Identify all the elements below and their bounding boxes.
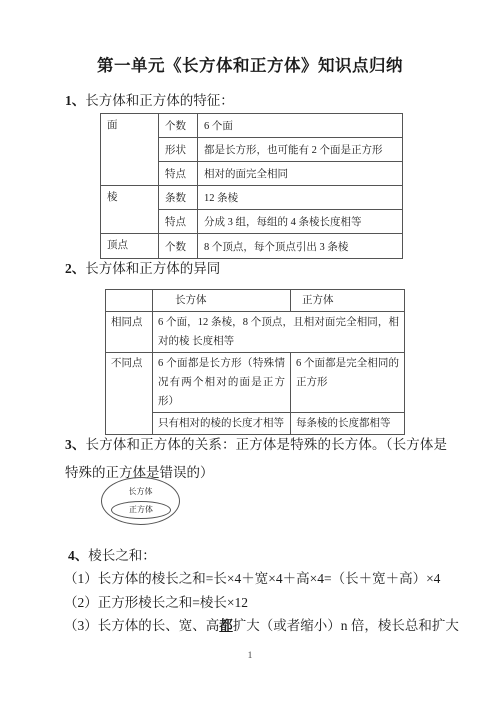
section1-heading-text: 长方体和正方体的特征：: [85, 93, 234, 108]
formula-cube-edge-sum: （2）正方形棱长之和=棱长×12: [64, 591, 248, 611]
row-label-cell: 相同点: [106, 312, 153, 353]
attr-cell: 形状: [159, 138, 198, 162]
difference-cuboid-cell: 6 个面都是长方形（特殊情况有两个相对的面是正方形）: [153, 353, 291, 413]
table-row: 棱 条数 12 条棱: [101, 186, 403, 210]
formula-scaling-suffix: 扩大（或者缩小）n 倍，棱长总和扩大: [233, 618, 459, 633]
section2-heading-text: 长方体和正方体的异同: [85, 261, 220, 276]
table-row: 面 个数 6 个面: [101, 114, 403, 138]
features-table: 面 个数 6 个面 形状 都是长方形，也可能有 2 个面是正方形 特点 相对的面…: [100, 113, 403, 259]
row-group-label-cell: 顶点: [101, 234, 159, 259]
attr-cell: 个数: [159, 114, 198, 138]
formula-scaling-prefix: （3）长方体的长、宽、高: [64, 618, 219, 633]
comparison-table: 长方体 正方体 相同点 6 个面，12 条棱，8 个顶点，且相对面完全相同，相对…: [105, 289, 405, 435]
section2-number: 2、: [65, 261, 85, 276]
venn-diagram: 长方体 正方体: [101, 477, 181, 527]
section4-number: 4、: [68, 548, 88, 563]
row-label-cell: 不同点: [106, 353, 153, 435]
section1-number: 1、: [65, 93, 85, 108]
empty-corner-cell: [106, 290, 153, 312]
attr-cell: 特点: [159, 210, 198, 234]
section4-heading-text: 棱长之和：: [88, 548, 156, 563]
section3-text: 长方体和正方体的关系：正方体是特殊的长方体。（长方体是特殊的正方体是错误的）: [65, 437, 447, 480]
attr-cell: 条数: [159, 186, 198, 210]
table-row: 不同点 6 个面都是长方形（特殊情况有两个相对的面是正方形） 6 个面都是完全相…: [106, 353, 405, 413]
value-cell: 8 个顶点，每个顶点引出 3 条棱: [198, 234, 403, 259]
page-title: 第一单元《长方体和正方体》知识点归纳: [0, 52, 500, 76]
attr-cell: 个数: [159, 234, 198, 259]
column-header-cuboid: 长方体: [153, 290, 291, 312]
attr-cell: 特点: [159, 162, 198, 186]
formula-scaling-emphasis: 都: [219, 618, 233, 633]
venn-outer-label: 长方体: [102, 486, 179, 497]
similarities-cell: 6 个面，12 条棱，8 个顶点，且相对面完全相同，相对的棱 长度相等: [153, 312, 405, 353]
page-number: 1: [0, 651, 500, 661]
table-row: 顶点 个数 8 个顶点，每个顶点引出 3 条棱: [101, 234, 403, 259]
row-group-label-cell: 棱: [101, 186, 159, 234]
venn-outer-ellipse: 长方体 正方体: [101, 477, 180, 525]
formula-cuboid-edge-sum: （1）长方体的棱长之和=长×4＋宽×4＋高×4=（长＋宽＋高）×4: [64, 567, 440, 587]
table-row: 相同点 6 个面，12 条棱，8 个顶点，且相对面完全相同，相对的棱 长度相等: [106, 312, 405, 353]
venn-inner-ellipse: 正方体: [111, 501, 171, 519]
difference-cube-cell: 6 个面都是完全相同的正方形: [291, 353, 405, 413]
section2-heading: 2、长方体和正方体的异同: [65, 257, 220, 277]
table-header-row: 长方体 正方体: [106, 290, 405, 312]
value-cell: 相对的面完全相同: [198, 162, 403, 186]
value-cell: 分成 3 组，每组的 4 条棱长度相等: [198, 210, 403, 234]
column-header-cube: 正方体: [291, 290, 405, 312]
formula-scaling-rule: （3）长方体的长、宽、高都扩大（或者缩小）n 倍，棱长总和扩大: [64, 614, 459, 634]
section1-heading: 1、长方体和正方体的特征：: [65, 89, 234, 109]
value-cell: 都是长方形，也可能有 2 个面是正方形: [198, 138, 403, 162]
value-cell: 12 条棱: [198, 186, 403, 210]
section4-heading: 4、棱长之和：: [68, 544, 156, 564]
row-group-label-cell: 面: [101, 114, 159, 186]
value-cell: 6 个面: [198, 114, 403, 138]
document-page: 第一单元《长方体和正方体》知识点归纳 1、长方体和正方体的特征： 面 个数 6 …: [0, 0, 500, 707]
section3-number: 3、: [65, 437, 86, 452]
